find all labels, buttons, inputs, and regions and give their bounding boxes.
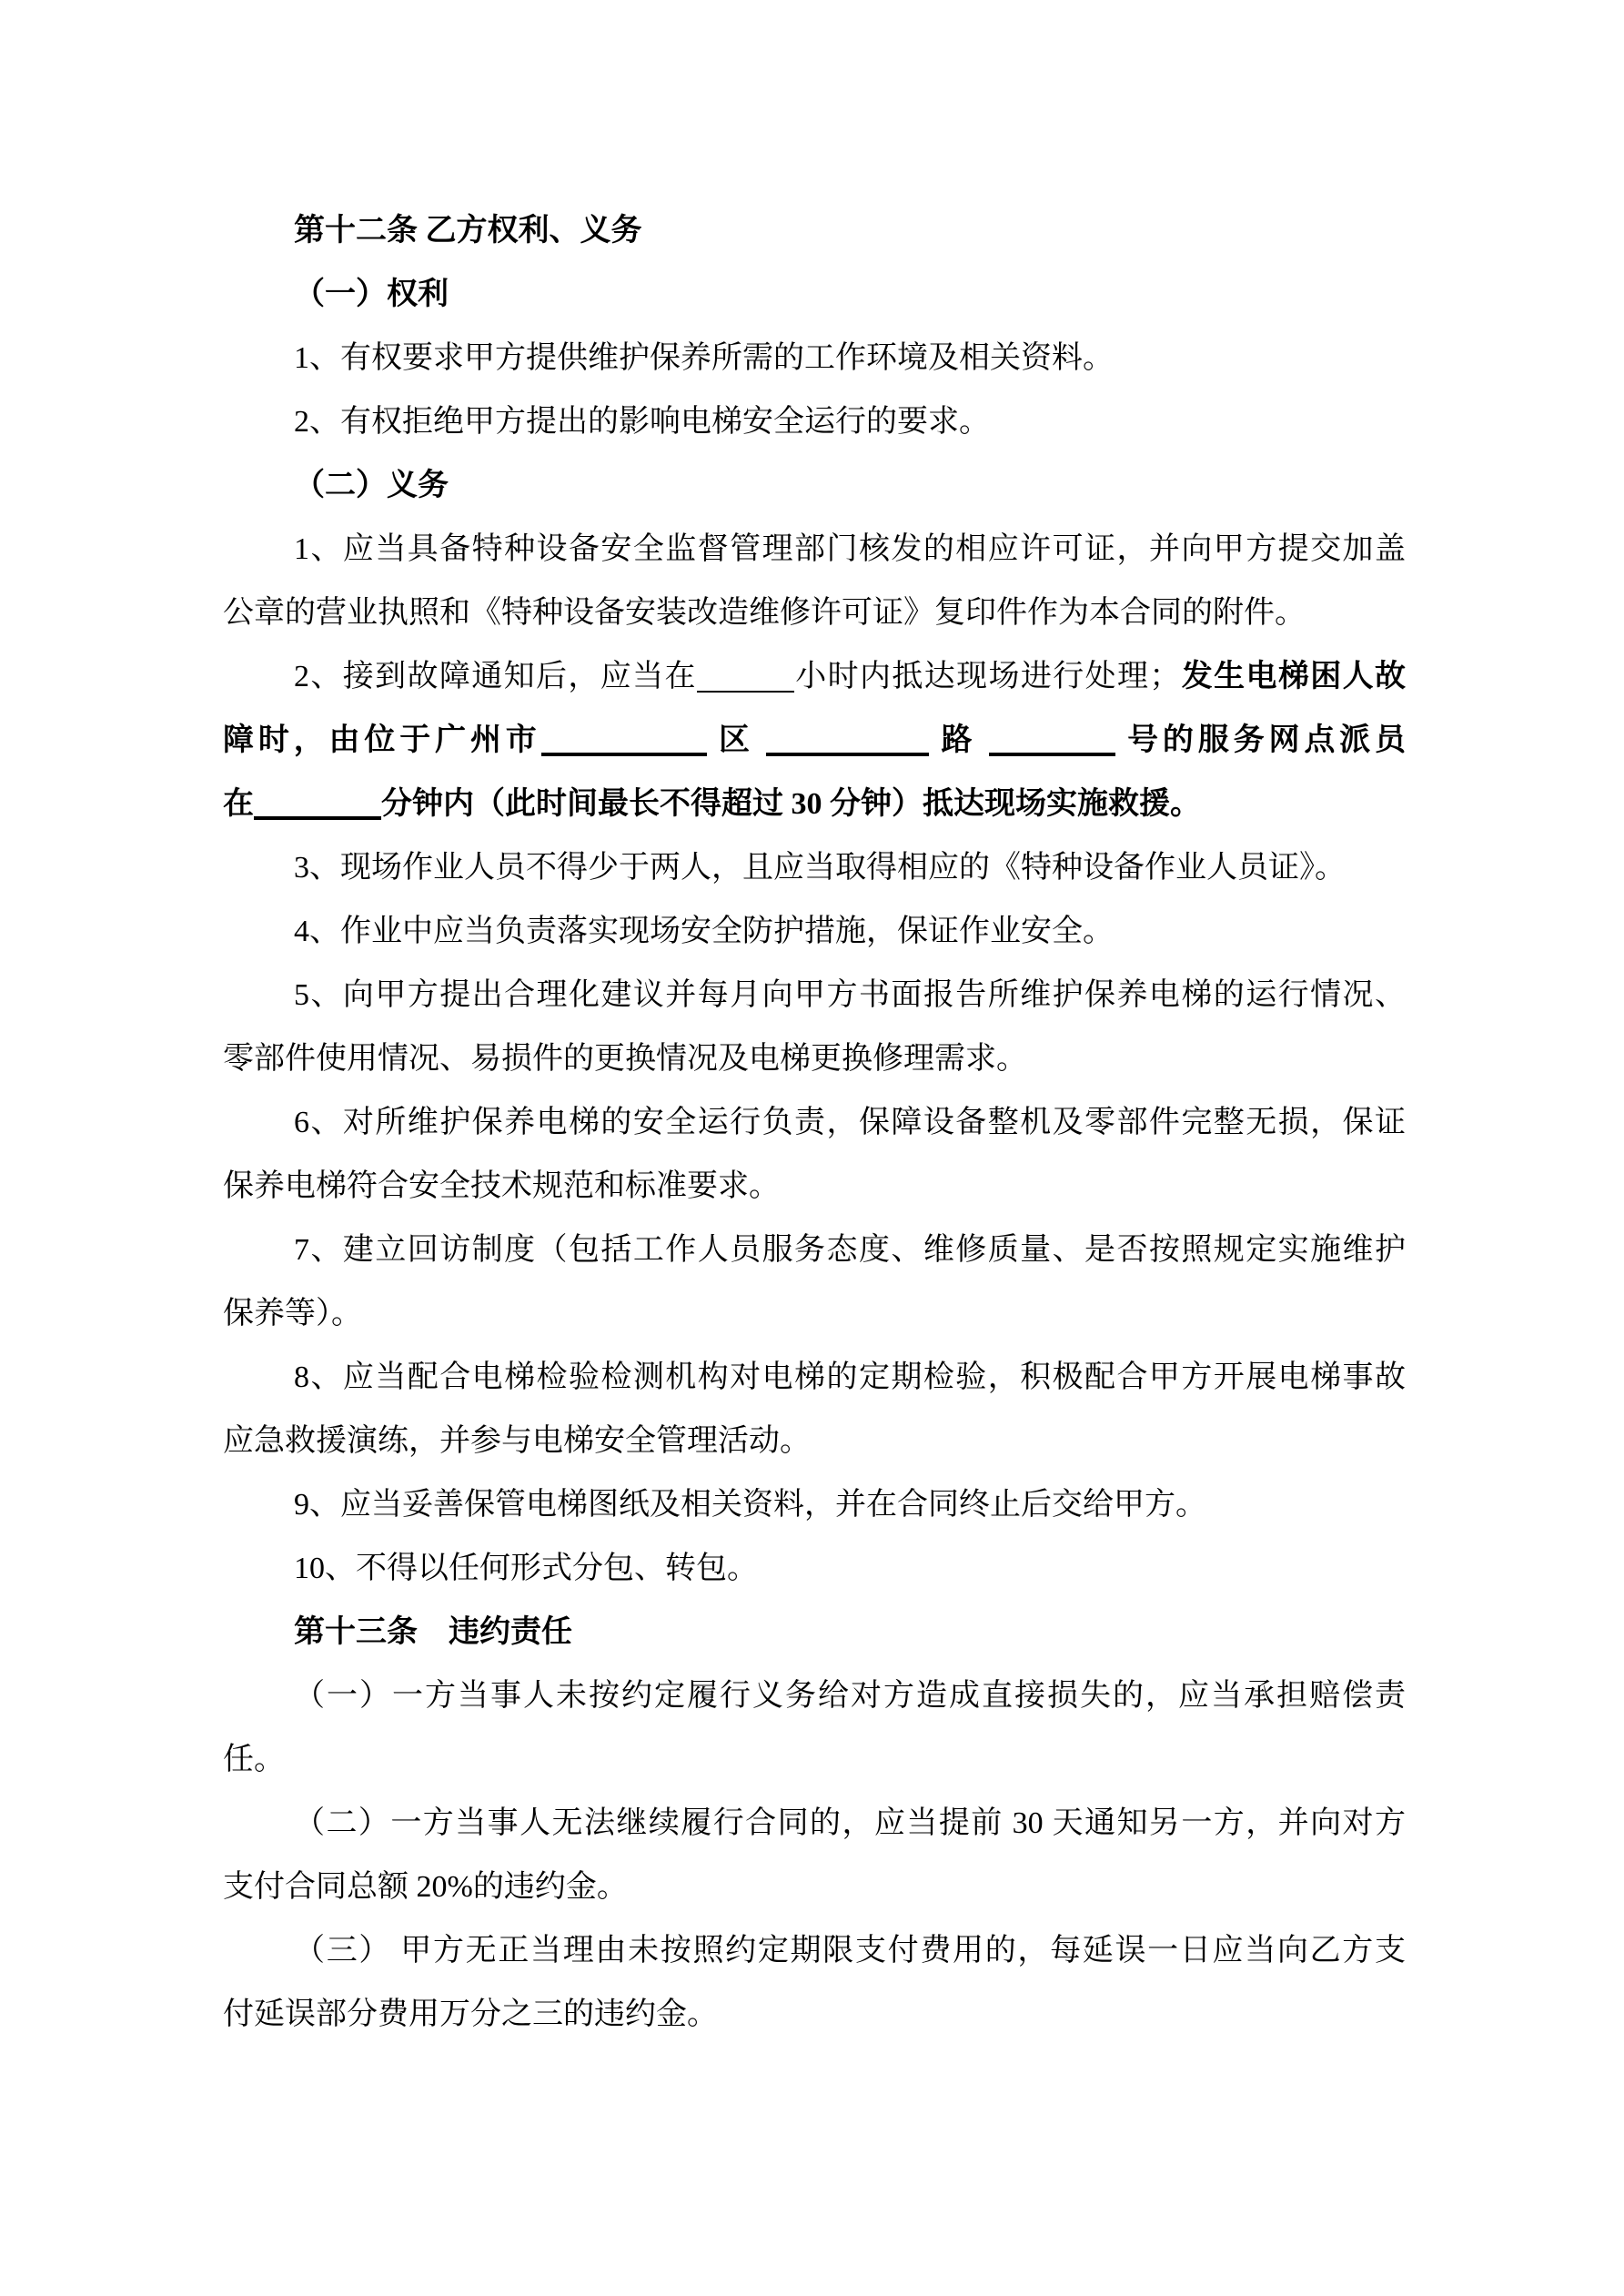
text-run: （二）一方当事人无法继续履行合同的，应当提前 30 天通知另一方，并向对方 [294,1806,1406,1840]
obligation-8-line-1: 8、应当配合电梯检验检测机构对电梯的定期检验，积极配合甲方开展电梯事故 [223,1346,1406,1410]
section-obligations-heading: （二）义务 [223,454,1406,518]
text-run: 第十三条 违约责任 [294,1615,572,1649]
text-run: 发生电梯困人故 [1180,660,1406,693]
obligation-8-line-2: 应急救援演练，并参与电梯安全管理活动。 [223,1410,1406,1473]
obligation-9: 9、应当妥善保管电梯图纸及相关资料，并在合同终止后交给甲方。 [223,1473,1406,1537]
text-run: 小时内抵达现场进行处理； [794,660,1181,693]
text-run: 7、建立回访制度（包括工作人员服务态度、维修质量、是否按照规定实施维护 [294,1233,1406,1267]
text-run: 6、对所维护保养电梯的安全运行负责，保障设备整机及零部件完整无损，保证 [294,1106,1406,1139]
obligation-1-line-1: 1、应当具备特种设备安全监督管理部门核发的相应许可证，并向甲方提交加盖 [223,518,1406,582]
breach-item-3-line-1: （三） 甲方无正当理由未按照约定期限支付费用的，每延误一日应当向乙方支 [223,1919,1406,1983]
text-run: 9、应当妥善保管电梯图纸及相关资料，并在合同终止后交给甲方。 [294,1488,1206,1522]
obligation-2-line-2: 障时，由位于广州市 区 路 号的服务网点派员 [223,709,1406,773]
obligation-5-line-1: 5、向甲方提出合理化建议并每月向甲方书面报告所维护保养电梯的运行情况、 [223,964,1406,1027]
text-run: 第十二条 乙方权利、义务 [294,214,642,248]
rights-item-1: 1、有权要求甲方提供维护保养所需的工作环境及相关资料。 [223,327,1406,390]
obligation-1-line-2: 公章的营业执照和《特种设备安装改造维修许可证》复印件作为本合同的附件。 [223,582,1406,645]
contract-document-page: 第十二条 乙方权利、义务（一）权利1、有权要求甲方提供维护保养所需的工作环境及相… [0,0,1624,2296]
text-run: 3、现场作业人员不得少于两人，且应当取得相应的《特种设备作业人员证》。 [294,851,1346,885]
text-run: 区 [707,723,767,757]
text-run: 分钟内（此时间最长不得超过 30 分钟）抵达现场实施救援。 [381,787,1201,821]
text-run: 应急救援演练，并参与电梯安全管理活动。 [223,1424,811,1458]
text-run: 2、接到故障通知后，应当在 [294,660,697,693]
obligation-6-line-2: 保养电梯符合安全技术规范和标准要求。 [223,1155,1406,1219]
obligation-7-line-2: 保养等）。 [223,1282,1406,1346]
blank-fill-in-field [254,785,381,820]
text-run: （三） 甲方无正当理由未按照约定期限支付费用的，每延误一日应当向乙方支 [294,1934,1406,1967]
text-run: 零部件使用情况、易损件的更换情况及电梯更换修理需求。 [223,1042,1027,1076]
text-run: 1、有权要求甲方提供维护保养所需的工作环境及相关资料。 [294,341,1114,375]
rights-item-2: 2、有权拒绝甲方提出的影响电梯安全运行的要求。 [223,390,1406,454]
text-run: 付延误部分费用万分之三的违约金。 [223,1998,718,2031]
text-run: 8、应当配合电梯检验检测机构对电梯的定期检验，积极配合甲方开展电梯事故 [294,1360,1406,1394]
text-run: 5、向甲方提出合理化建议并每月向甲方书面报告所维护保养电梯的运行情况、 [294,978,1406,1012]
obligation-2-line-3: 在分钟内（此时间最长不得超过 30 分钟）抵达现场实施救援。 [223,773,1406,836]
obligation-5-line-2: 零部件使用情况、易损件的更换情况及电梯更换修理需求。 [223,1027,1406,1091]
obligation-10: 10、不得以任何形式分包、转包。 [223,1537,1406,1601]
text-run: 号的服务网点派员 [1115,723,1406,757]
text-run: （一）一方当事人未按约定履行义务给对方造成直接损失的，应当承担赔偿责 [294,1679,1406,1713]
breach-item-1-line-2: 任。 [223,1728,1406,1792]
obligation-2-line-1: 2、接到故障通知后，应当在小时内抵达现场进行处理；发生电梯困人故 [223,645,1406,709]
text-run: 10、不得以任何形式分包、转包。 [294,1552,758,1585]
article-12-heading: 第十二条 乙方权利、义务 [223,199,1406,263]
text-run: 4、作业中应当负责落实现场安全防护措施，保证作业安全。 [294,915,1114,948]
text-run: 任。 [223,1743,285,1776]
text-run: 2、有权拒绝甲方提出的影响电梯安全运行的要求。 [294,405,990,439]
breach-item-2-line-1: （二）一方当事人无法继续履行合同的，应当提前 30 天通知另一方，并向对方 [223,1792,1406,1856]
text-run: 1、应当具备特种设备安全监督管理部门核发的相应许可证，并向甲方提交加盖 [294,532,1406,566]
blank-fill-in-field [541,722,707,756]
obligation-4: 4、作业中应当负责落实现场安全防护措施，保证作业安全。 [223,900,1406,964]
text-run: 支付合同总额 20%的违约金。 [223,1870,628,1904]
text-run: 保养等）。 [223,1297,362,1330]
text-run: 保养电梯符合安全技术规范和标准要求。 [223,1169,780,1203]
article-13-heading: 第十三条 违约责任 [223,1601,1406,1664]
text-run: 在 [223,787,254,821]
text-run: 障时，由位于广州市 [223,723,541,757]
breach-item-3-line-2: 付延误部分费用万分之三的违约金。 [223,1983,1406,2047]
blank-fill-in-field [989,722,1115,756]
blank-fill-in-field [766,722,929,756]
obligation-7-line-1: 7、建立回访制度（包括工作人员服务态度、维修质量、是否按照规定实施维护 [223,1219,1406,1282]
obligation-6-line-1: 6、对所维护保养电梯的安全运行负责，保障设备整机及零部件完整无损，保证 [223,1091,1406,1155]
blank-fill-in-field [697,660,794,693]
text-run: （二）义务 [294,469,449,502]
text-run: 公章的营业执照和《特种设备安装改造维修许可证》复印件作为本合同的附件。 [223,596,1306,630]
breach-item-2-line-2: 支付合同总额 20%的违约金。 [223,1856,1406,1919]
section-rights-heading: （一）权利 [223,263,1406,327]
text-run: 路 [929,723,989,757]
obligation-3: 3、现场作业人员不得少于两人，且应当取得相应的《特种设备作业人员证》。 [223,836,1406,900]
breach-item-1-line-1: （一）一方当事人未按约定履行义务给对方造成直接损失的，应当承担赔偿责 [223,1664,1406,1728]
text-run: （一）权利 [294,278,449,311]
